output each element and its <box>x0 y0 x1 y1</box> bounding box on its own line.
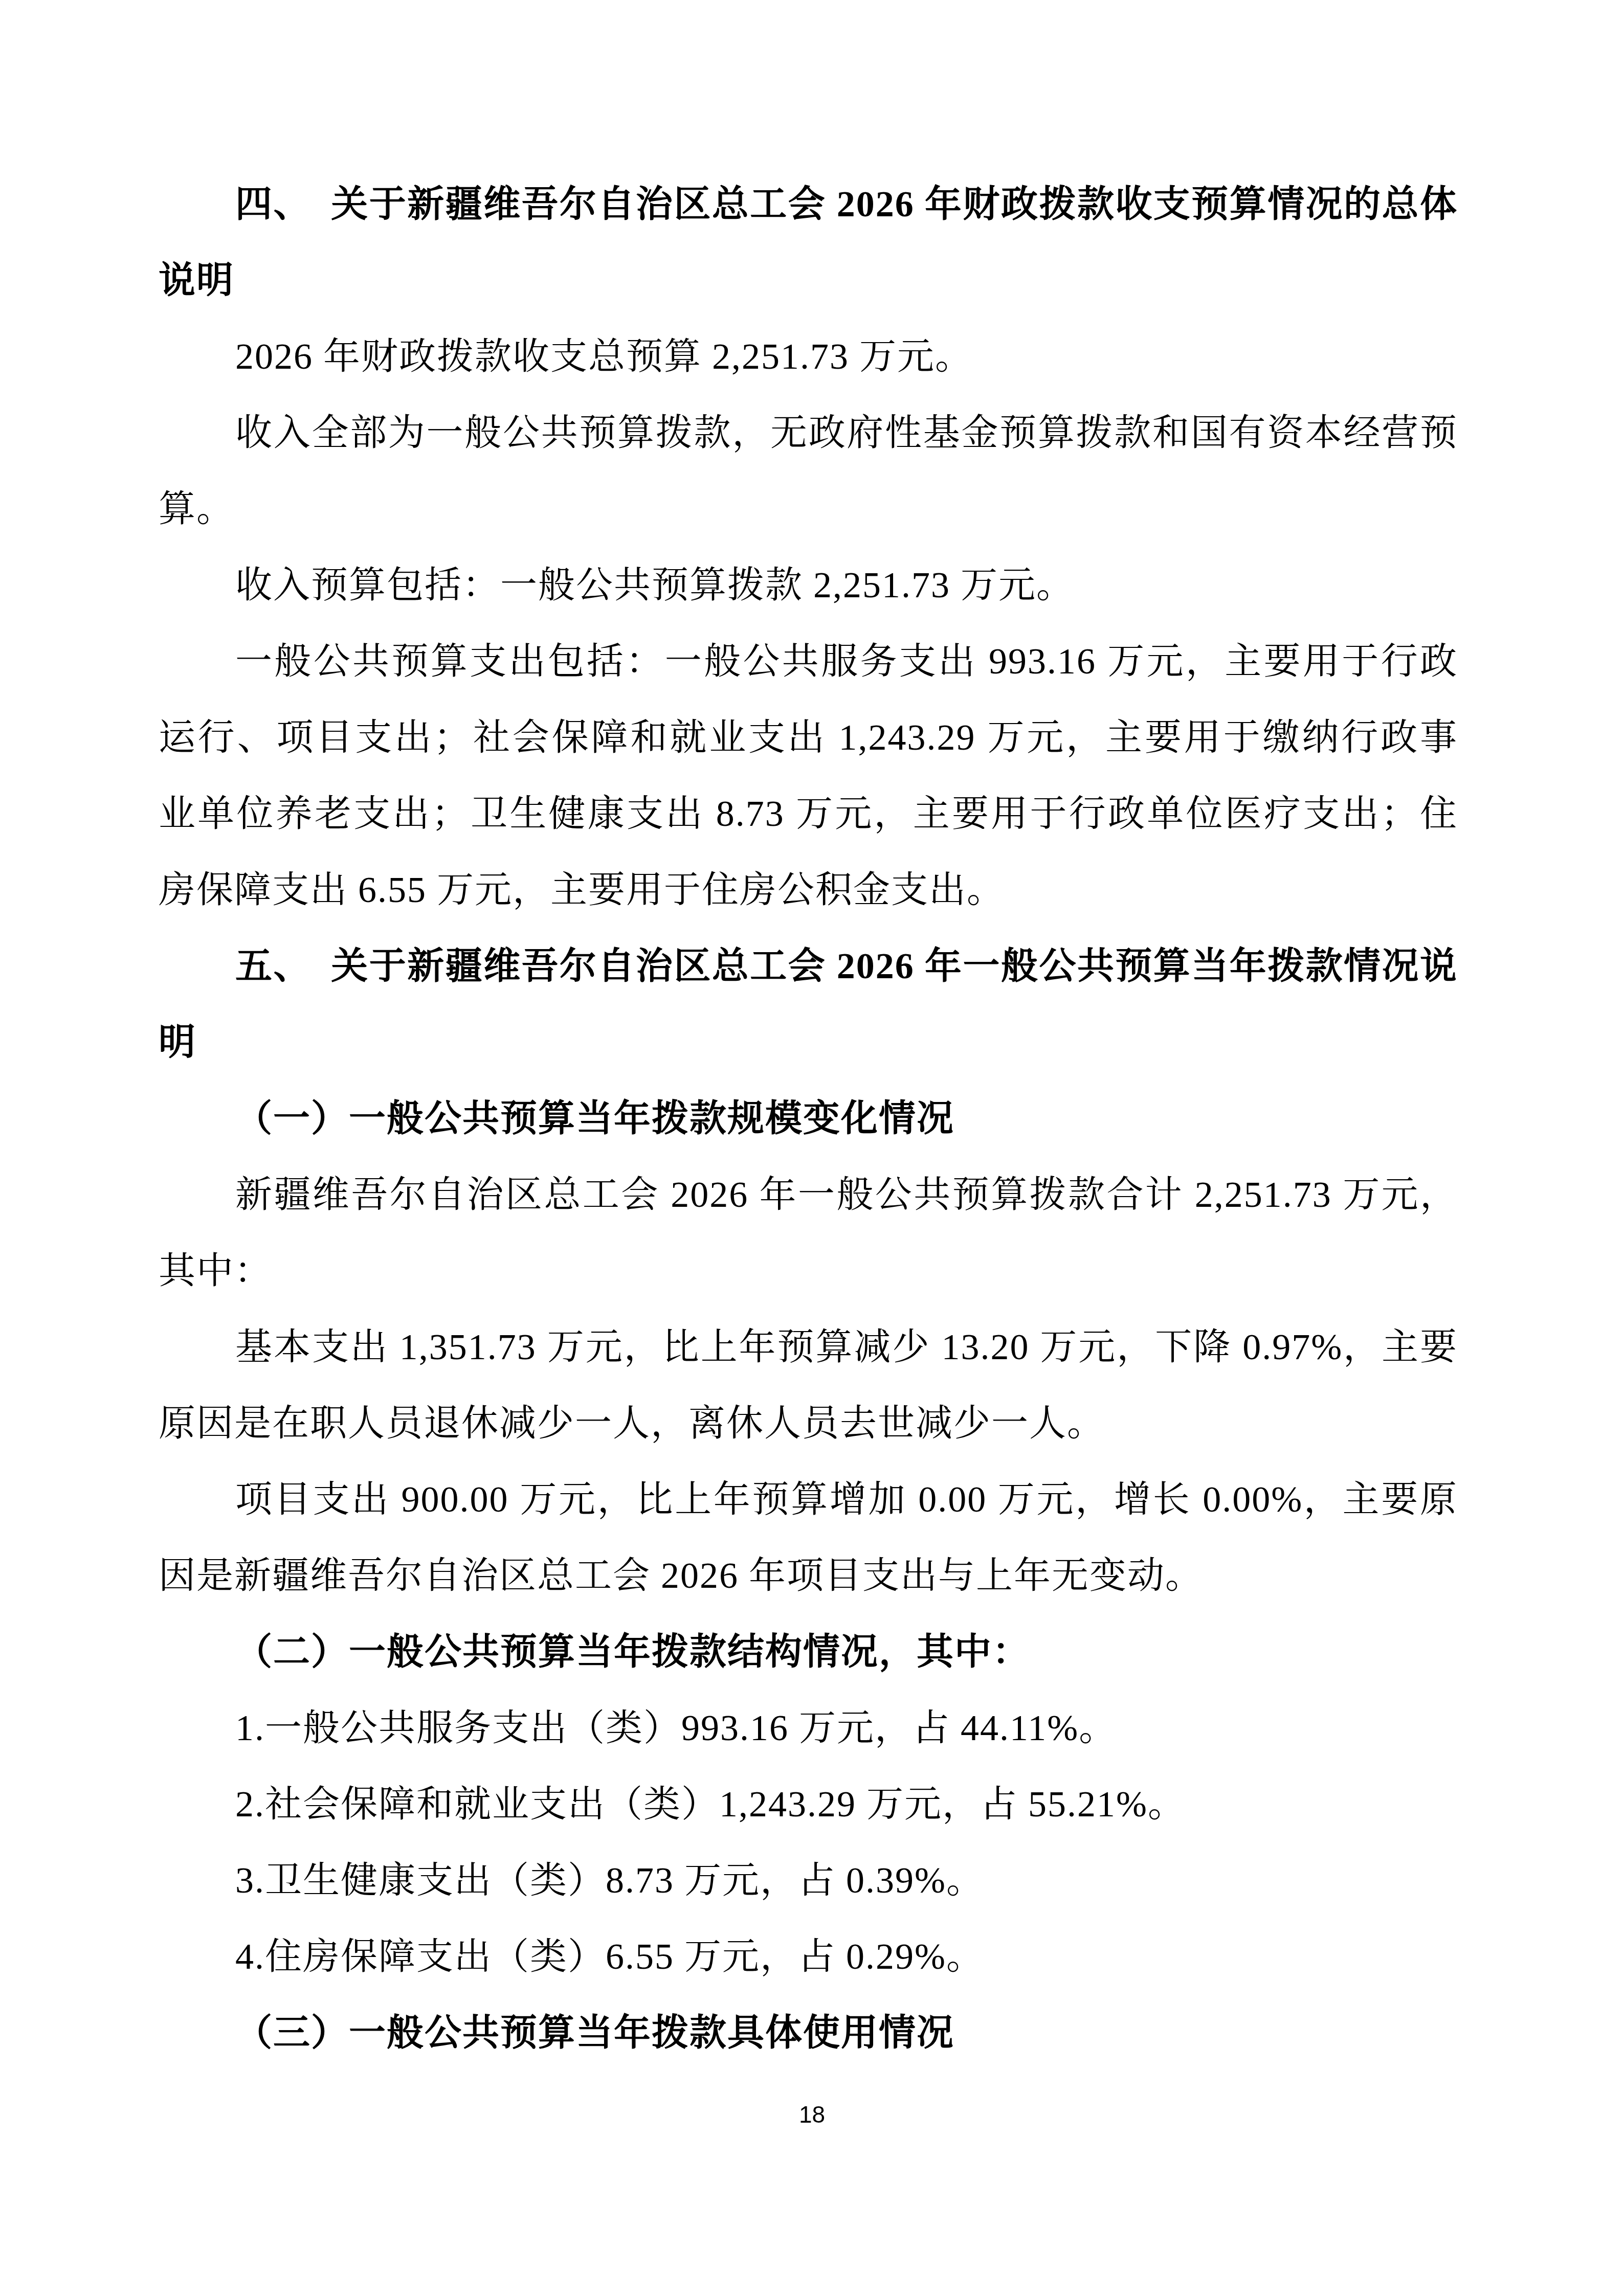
page-number: 18 <box>0 2099 1624 2130</box>
heading-line: 五、 关于新疆维吾尔自治区总工会 2026 年一般公共预算当年拨款情况说 <box>159 928 1458 1004</box>
text-line: 2026 年财政拨款收支总预算 2,251.73 万元。 <box>159 319 1458 395</box>
heading-line: 说明 <box>159 242 1458 319</box>
text-line: 新疆维吾尔自治区总工会 2026 年一般公共预算拨款合计 2,251.73 万元… <box>159 1157 1458 1233</box>
text-line: 3.卫生健康支出（类）8.73 万元，占 0.39%。 <box>159 1842 1458 1919</box>
text-line: 1.一般公共服务支出（类）993.16 万元，占 44.11%。 <box>159 1690 1458 1766</box>
text-line: 房保障支出 6.55 万元，主要用于住房公积金支出。 <box>159 852 1458 928</box>
text-line: 收入全部为一般公共预算拨款，无政府性基金预算拨款和国有资本经营预 <box>159 395 1458 471</box>
text-line: 运行、项目支出；社会保障和就业支出 1,243.29 万元，主要用于缴纳行政事 <box>159 700 1458 776</box>
heading-line: （一）一般公共预算当年拨款规模变化情况 <box>159 1081 1458 1157</box>
text-line: 原因是在职人员退休减少一人，离休人员去世减少一人。 <box>159 1385 1458 1461</box>
heading-line: 四、 关于新疆维吾尔自治区总工会 2026 年财政拨款收支预算情况的总体 <box>159 166 1458 242</box>
text-line: 其中： <box>159 1233 1458 1309</box>
heading-line: （二）一般公共预算当年拨款结构情况，其中： <box>159 1614 1458 1690</box>
text-line: 业单位养老支出；卫生健康支出 8.73 万元，主要用于行政单位医疗支出；住 <box>159 776 1458 852</box>
text-line: 4.住房保障支出（类）6.55 万元，占 0.29%。 <box>159 1919 1458 1995</box>
heading-line: （三）一般公共预算当年拨款具体使用情况 <box>159 1995 1458 2071</box>
text-line: 算。 <box>159 471 1458 547</box>
document-body: 四、 关于新疆维吾尔自治区总工会 2026 年财政拨款收支预算情况的总体说明20… <box>159 166 1458 2071</box>
text-line: 一般公共预算支出包括：一般公共服务支出 993.16 万元，主要用于行政 <box>159 623 1458 700</box>
text-line: 项目支出 900.00 万元，比上年预算增加 0.00 万元，增长 0.00%，… <box>159 1461 1458 1538</box>
text-line: 基本支出 1,351.73 万元，比上年预算减少 13.20 万元，下降 0.9… <box>159 1309 1458 1385</box>
document-page: 四、 关于新疆维吾尔自治区总工会 2026 年财政拨款收支预算情况的总体说明20… <box>0 0 1624 2296</box>
text-line: 2.社会保障和就业支出（类）1,243.29 万元，占 55.21%。 <box>159 1766 1458 1842</box>
heading-line: 明 <box>159 1004 1458 1081</box>
text-line: 因是新疆维吾尔自治区总工会 2026 年项目支出与上年无变动。 <box>159 1538 1458 1614</box>
text-line: 收入预算包括：一般公共预算拨款 2,251.73 万元。 <box>159 547 1458 623</box>
